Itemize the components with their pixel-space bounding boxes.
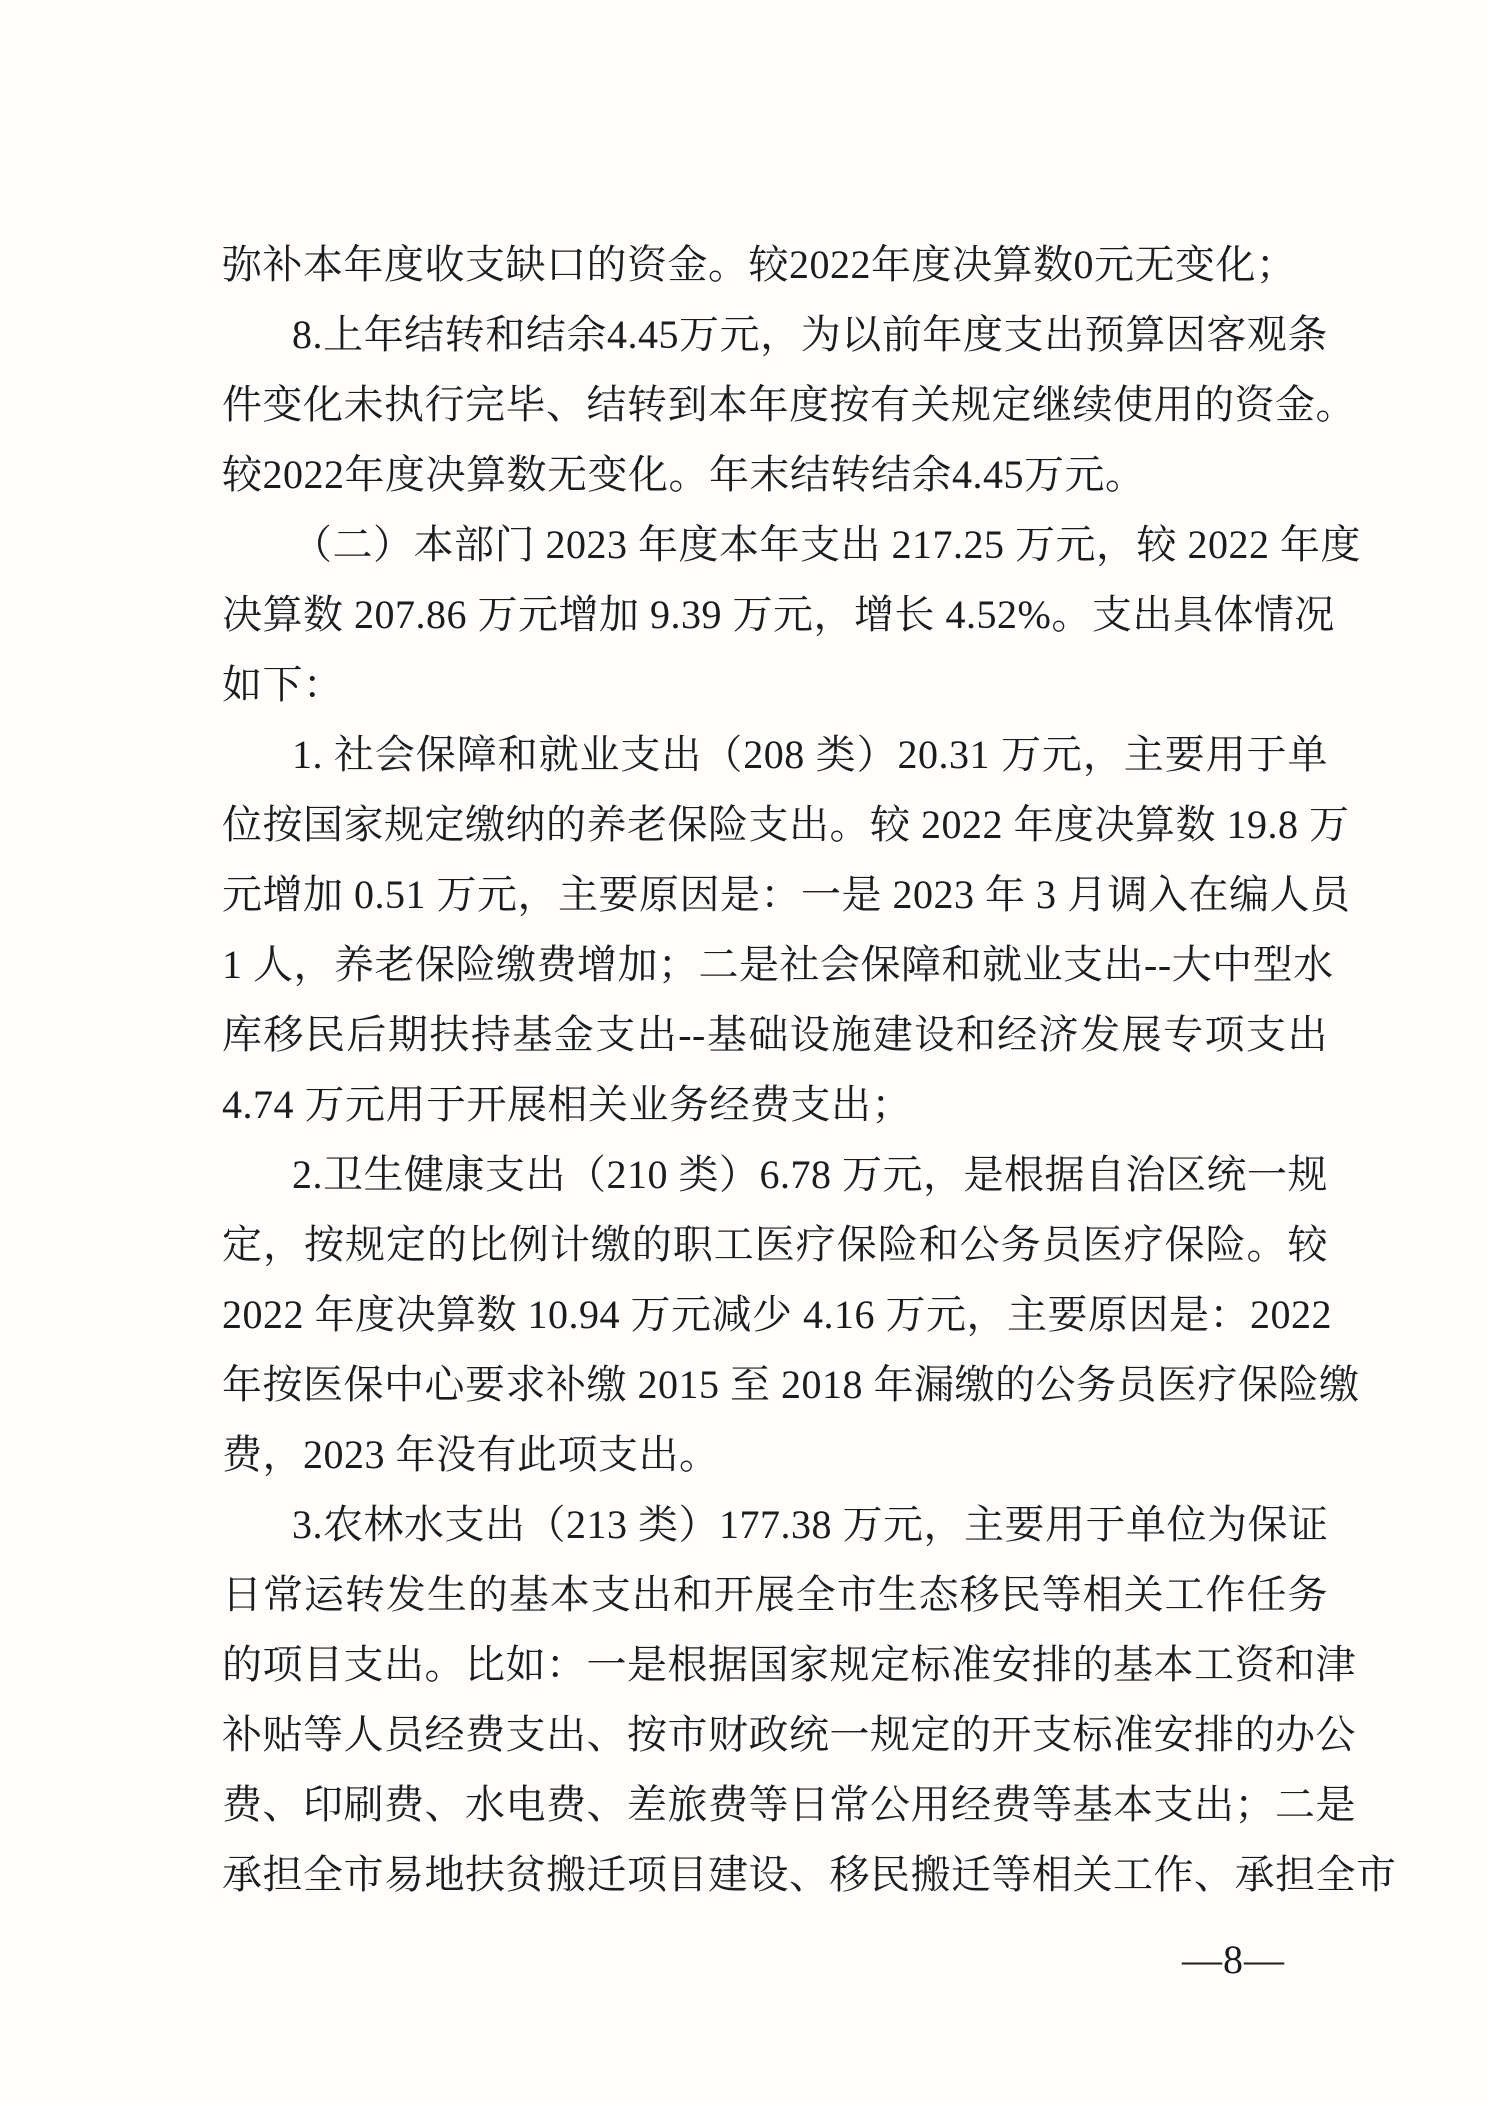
text-line: 3.农林水支出（213 类）177.38 万元，主要用于单位为保证 [222, 1490, 1328, 1560]
text-line: 日常运转发生的基本支出和开展全市生态移民等相关工作任务 [222, 1560, 1328, 1630]
text-line: （二）本部门 2023 年度本年支出 217.25 万元，较 2022 年度 [222, 510, 1328, 580]
text-line: 承担全市易地扶贫搬迁项目建设、移民搬迁等相关工作、承担全市 [222, 1840, 1328, 1910]
text-line: 如下： [222, 650, 1328, 720]
text-line: 位按国家规定缴纳的养老保险支出。较 2022 年度决算数 19.8 万 [222, 790, 1328, 860]
text-line: 1. 社会保障和就业支出（208 类）20.31 万元，主要用于单 [222, 720, 1328, 790]
text-line: 2022 年度决算数 10.94 万元减少 4.16 万元，主要原因是：2022 [222, 1280, 1328, 1350]
text-line: 的项目支出。比如：一是根据国家规定标准安排的基本工资和津 [222, 1630, 1328, 1700]
text-line: 费，2023 年没有此项支出。 [222, 1420, 1328, 1490]
text-line: 较2022年度决算数无变化。年末结转结余4.45万元。 [222, 440, 1328, 510]
text-line: 件变化未执行完毕、结转到本年度按有关规定继续使用的资金。 [222, 370, 1328, 440]
text-line: 库移民后期扶持基金支出--基础设施建设和经济发展专项支出 [222, 1000, 1328, 1070]
text-line: 8.上年结转和结余4.45万元，为以前年度支出预算因客观条 [222, 300, 1328, 370]
text-line: 年按医保中心要求补缴 2015 至 2018 年漏缴的公务员医疗保险缴 [222, 1350, 1328, 1420]
text-line: 费、印刷费、水电费、差旅费等日常公用经费等基本支出；二是 [222, 1770, 1328, 1840]
text-line: 弥补本年度收支缺口的资金。较2022年度决算数0元无变化； [222, 230, 1328, 300]
page-number: —8— [1182, 1938, 1285, 1982]
text-line: 2.卫生健康支出（210 类）6.78 万元，是根据自治区统一规 [222, 1140, 1328, 1210]
body-text-block: 弥补本年度收支缺口的资金。较2022年度决算数0元无变化；8.上年结转和结余4.… [222, 230, 1328, 1910]
text-line: 定，按规定的比例计缴的职工医疗保险和公务员医疗保险。较 [222, 1210, 1328, 1280]
text-line: 1 人，养老保险缴费增加；二是社会保障和就业支出--大中型水 [222, 930, 1328, 1000]
text-line: 元增加 0.51 万元，主要原因是：一是 2023 年 3 月调入在编人员 [222, 860, 1328, 930]
text-line: 决算数 207.86 万元增加 9.39 万元，增长 4.52%。支出具体情况 [222, 580, 1328, 650]
text-line: 补贴等人员经费支出、按市财政统一规定的开支标准安排的办公 [222, 1700, 1328, 1770]
text-line: 4.74 万元用于开展相关业务经费支出； [222, 1070, 1328, 1140]
document-page: 弥补本年度收支缺口的资金。较2022年度决算数0元无变化；8.上年结转和结余4.… [0, 0, 1488, 2104]
